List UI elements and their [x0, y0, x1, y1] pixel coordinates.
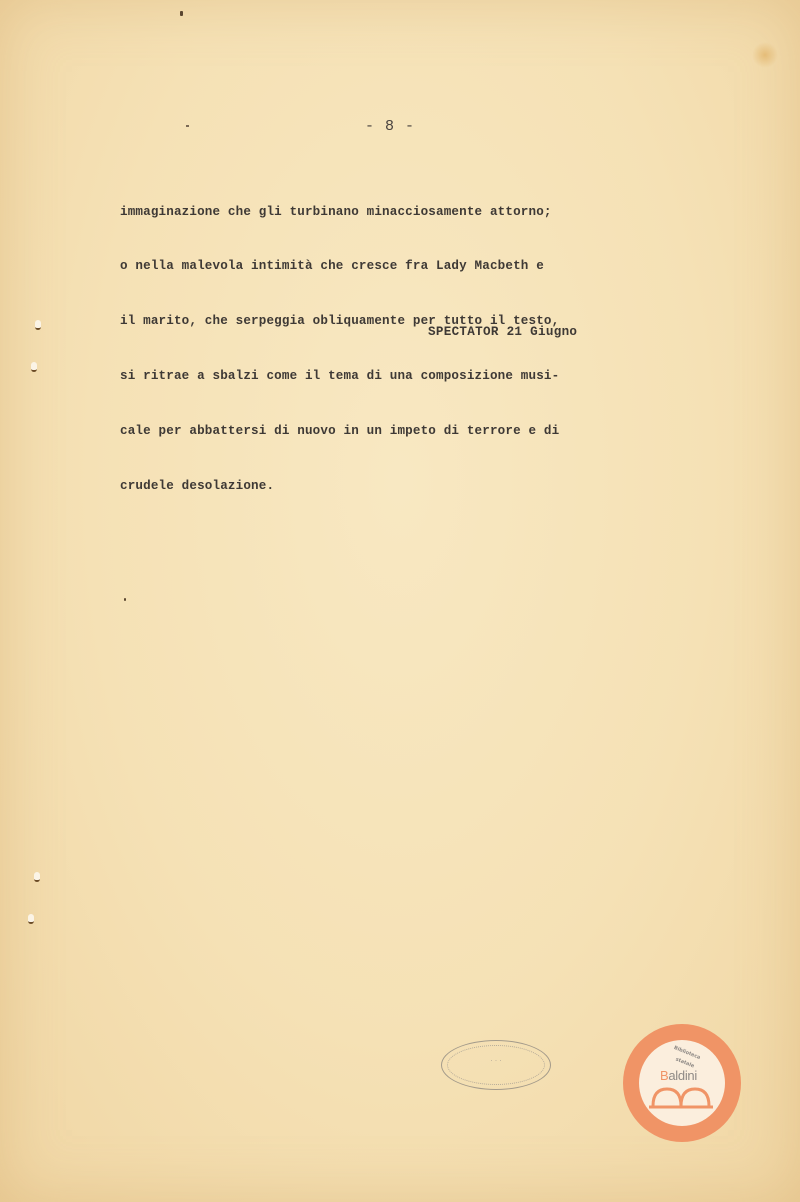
- oval-archive-stamp: · · ·: [441, 1040, 551, 1090]
- library-stamp: Biblioteca statale Baldini: [623, 1024, 741, 1142]
- text-line: il marito, che serpeggia obliquamente pe…: [120, 312, 680, 330]
- oval-stamp-label: · · ·: [442, 1057, 550, 1065]
- library-stamp-name-rest: aldini: [668, 1068, 697, 1083]
- text-line: immaginazione che gli turbinano minaccio…: [120, 203, 680, 221]
- ink-speck: [180, 11, 183, 16]
- paper-stain: [752, 42, 778, 68]
- binding-hole: [31, 362, 37, 372]
- binding-hole: [34, 872, 40, 882]
- text-line: crudele desolazione.: [120, 477, 680, 495]
- signature-line: SPECTATOR 21 Giugno: [428, 325, 577, 339]
- text-line: cale per abbattersi di nuovo in un impet…: [120, 422, 680, 440]
- text-line: si ritrae a sbalzi come il tema di una c…: [120, 367, 680, 385]
- binding-hole: [35, 320, 41, 330]
- library-stamp-name: Baldini: [660, 1068, 697, 1083]
- binding-hole: [28, 914, 34, 924]
- body-paragraph: immaginazione che gli turbinano minaccio…: [120, 166, 680, 532]
- oval-stamp-inner-ring: [447, 1045, 545, 1085]
- page-number: - 8 -: [0, 118, 780, 135]
- ink-speck: [124, 598, 126, 601]
- open-book-icon: [647, 1086, 717, 1110]
- text-line: o nella malevola intimità che cresce fra…: [120, 257, 680, 275]
- document-page: - 8 - immaginazione che gli turbinano mi…: [0, 0, 800, 1202]
